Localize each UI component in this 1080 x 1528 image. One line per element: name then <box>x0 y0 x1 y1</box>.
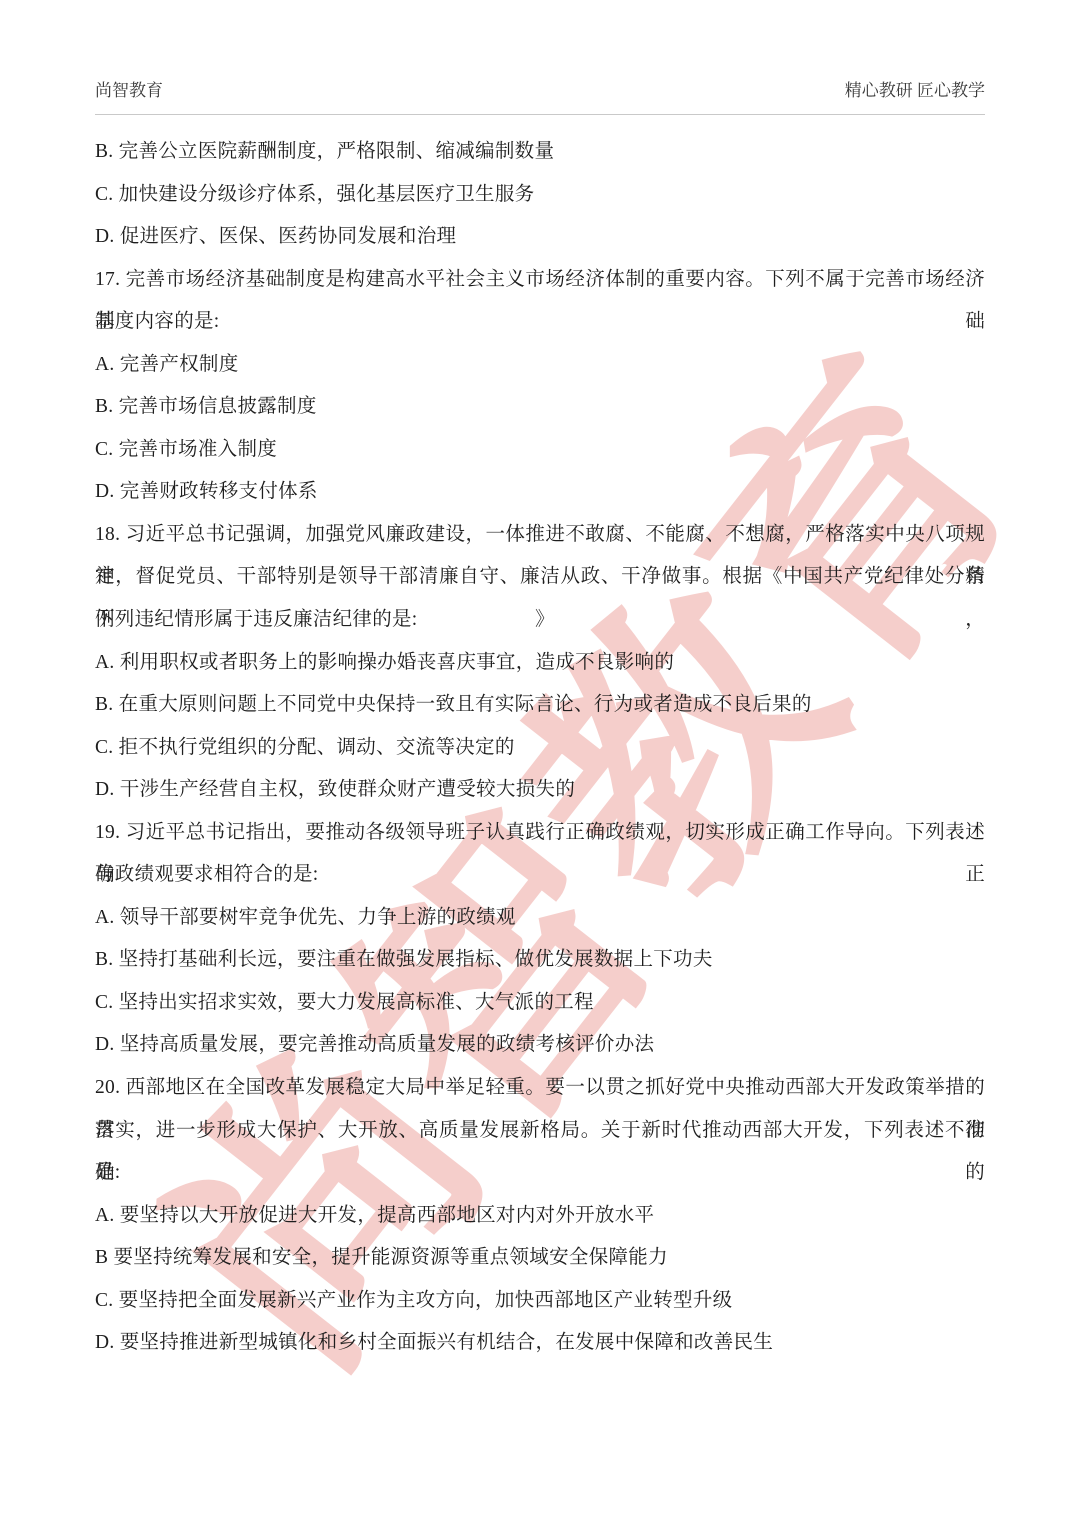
page-header: 尚智教育 精心教研 匠心教学 <box>95 76 985 115</box>
text-line: C. 拒不执行党组织的分配、调动、交流等决定的 <box>95 727 985 770</box>
text-line: B. 完善公立医院薪酬制度，严格限制、缩减编制数量 <box>95 131 985 174</box>
text-line: C. 完善市场准入制度 <box>95 429 985 472</box>
header-slogan: 精心教研 匠心教学 <box>845 76 985 101</box>
text-line: B. 坚持打基础利长远，要注重在做强发展指标、做优发展数据上下功夫 <box>95 939 985 982</box>
text-line: 19. 习近平总书记指出，要推动各级领导班子认真践行正确政绩观，切实形成正确工作… <box>95 812 985 855</box>
header-brand: 尚智教育 <box>95 76 163 101</box>
text-line: C. 要坚持把全面发展新兴产业作为主攻方向，加快西部地区产业转型升级 <box>95 1280 985 1323</box>
text-line: D. 要坚持推进新型城镇化和乡村全面振兴有机结合，在发展中保障和改善民生 <box>95 1322 985 1365</box>
document-page: 尚智教育 尚智教育 精心教研 匠心教学 B. 完善公立医院薪酬制度，严格限制、缩… <box>0 0 1080 1528</box>
text-line: C. 坚持出实招求实效，要大力发展高标准、大气派的工程 <box>95 982 985 1025</box>
text-line: D. 干涉生产经营自主权，致使群众财产遭受较大损失的 <box>95 769 985 812</box>
text-line: A. 完善产权制度 <box>95 344 985 387</box>
text-line: 17. 完善市场经济基础制度是构建高水平社会主义市场经济体制的重要内容。下列不属… <box>95 259 985 302</box>
text-line: 18. 习近平总书记强调，加强党风廉政建设，一体推进不敢腐、不能腐、不想腐，严格… <box>95 514 985 557</box>
text-line: D. 坚持高质量发展，要完善推动高质量发展的政绩考核评价办法 <box>95 1024 985 1067</box>
text-line: D. 完善财政转移支付体系 <box>95 471 985 514</box>
text-line: 落实，进一步形成大保护、大开放、高质量发展新格局。关于新时代推动西部大开发，下列… <box>95 1110 985 1153</box>
text-line: C. 加快建设分级诊疗体系，强化基层医疗卫生服务 <box>95 174 985 217</box>
text-line: A. 利用职权或者职务上的影响操办婚丧喜庆事宜，造成不良影响的 <box>95 642 985 685</box>
document-body: B. 完善公立医院薪酬制度，严格限制、缩减编制数量C. 加快建设分级诊疗体系，强… <box>95 131 985 1365</box>
text-line: 20. 西部地区在全国改革发展稳定大局中举足轻重。要一以贯之抓好党中央推动西部大… <box>95 1067 985 1110</box>
text-line: A. 领导干部要树牢竞争优先、力争上游的政绩观 <box>95 897 985 940</box>
text-line: B 要坚持统筹发展和安全，提升能源资源等重点领域安全保障能力 <box>95 1237 985 1280</box>
text-line: B. 在重大原则问题上不同党中央保持一致且有实际言论、行为或者造成不良后果的 <box>95 684 985 727</box>
text-line: B. 完善市场信息披露制度 <box>95 386 985 429</box>
text-line: A. 要坚持以大开放促进大开发，提高西部地区对内对外开放水平 <box>95 1195 985 1238</box>
text-line: D. 促进医疗、医保、医药协同发展和治理 <box>95 216 985 259</box>
text-line: 神，督促党员、干部特别是领导干部清廉自守、廉洁从政、干净做事。根据《中国共产党纪… <box>95 556 985 599</box>
